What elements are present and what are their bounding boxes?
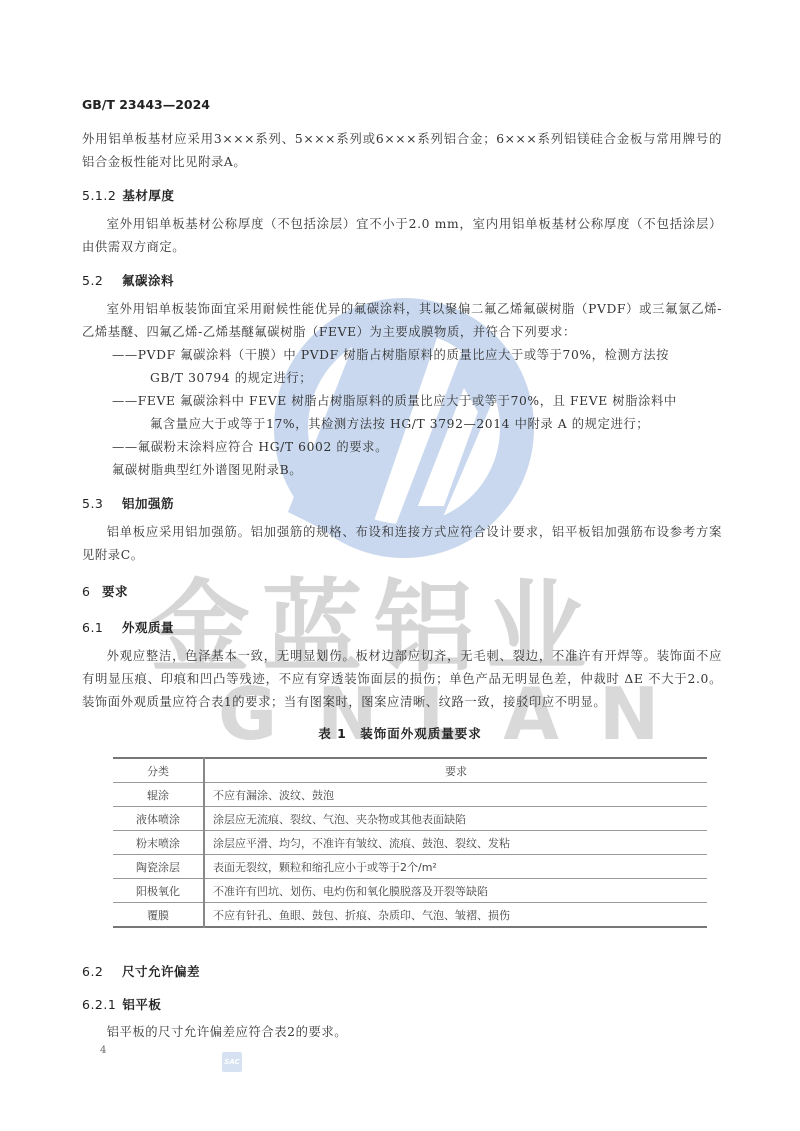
cell-requirement: 不应有漏涂、波纹、鼓泡 xyxy=(204,783,707,807)
section-5-1-2-paragraph: 室外用铝单板基材公称厚度（不包括涂层）宜不小于2.0 mm，室内用铝单板基材公称… xyxy=(82,213,722,259)
standard-code-header: GB/T 23443—2024 xyxy=(82,97,210,112)
cell-category: 粉末喷涂 xyxy=(113,831,204,855)
section-title: 基材厚度 xyxy=(122,188,174,203)
section-title: 铝加强筋 xyxy=(122,496,174,511)
section-6-1-paragraph: 外观应整洁，色泽基本一致，无明显划伤。板材边部应切齐，无毛刺、裂边，不准许有开焊… xyxy=(82,645,722,714)
cell-category: 辊涂 xyxy=(113,783,204,807)
section-title: 铝平板 xyxy=(122,997,161,1012)
section-5-2-note: 氟碳树脂典型红外谱图见附录B。 xyxy=(112,459,712,482)
column-header-category: 分类 xyxy=(113,758,204,783)
document-page: 金蓝铝业 GNLAN GB/T 23443—2024 外用铝单板基材应采用3××… xyxy=(0,0,800,1131)
table-row: 粉末喷涂 涂层应平滑、均匀，不准许有皱纹、流痕、鼓泡、裂纹、发粘 xyxy=(113,831,707,855)
item-line1: ——FEVE 氟碳涂料中 FEVE 树脂占树脂原料的质量比应大于或等于70%，且… xyxy=(112,394,677,408)
section-heading-5-3: 5.3铝加强筋 xyxy=(82,494,174,512)
section-number: 5.2 xyxy=(82,273,116,288)
table-header-row: 分类 要求 xyxy=(113,758,707,783)
table-row: 辊涂 不应有漏涂、波纹、鼓泡 xyxy=(113,783,707,807)
cell-requirement: 不准许有凹坑、划伤、电灼伤和氧化膜脱落及开裂等缺陷 xyxy=(204,879,707,903)
table-row: 液体喷涂 涂层应无流痕、裂纹、气泡、夹杂物或其他表面缺陷 xyxy=(113,807,707,831)
cell-requirement: 涂层应平滑、均匀，不准许有皱纹、流痕、鼓泡、裂纹、发粘 xyxy=(204,831,707,855)
item-line2: GB/T 30794 的规定进行； xyxy=(112,367,722,390)
requirement-item-pvdf: ——PVDF 氟碳涂料（干膜）中 PVDF 树脂占树脂原料的质量比应大于或等于7… xyxy=(112,344,722,390)
cell-category: 液体喷涂 xyxy=(113,807,204,831)
section-5-2-paragraph: 室外用铝单板装饰面宜采用耐候性能优异的氟碳涂料，其以聚偏二氟乙烯氟碳树脂（PVD… xyxy=(82,298,722,344)
section-number: 6.2.1 xyxy=(82,997,116,1012)
cell-category: 陶瓷涂层 xyxy=(113,855,204,879)
section-number: 6.1 xyxy=(82,620,116,635)
table-row: 阳极氧化 不准许有凹坑、划伤、电灼伤和氧化膜脱落及开裂等缺陷 xyxy=(113,879,707,903)
cell-category: 覆膜 xyxy=(113,903,204,928)
requirement-item-feve: ——FEVE 氟碳涂料中 FEVE 树脂占树脂原料的质量比应大于或等于70%，且… xyxy=(112,390,722,436)
section-heading-6-2: 6.2尺寸允许偏差 xyxy=(82,962,200,980)
section-heading-6-2-1: 6.2.1铝平板 xyxy=(82,995,161,1013)
cell-requirement: 不应有针孔、鱼眼、鼓包、折痕、杂质印、气泡、皱褶、损伤 xyxy=(204,903,707,928)
item-line2: 氟含量应大于或等于17%，其检测方法按 HG/T 3792—2014 中附录 A… xyxy=(112,413,722,436)
section-title: 尺寸允许偏差 xyxy=(122,964,200,979)
table-row: 覆膜 不应有针孔、鱼眼、鼓包、折痕、杂质印、气泡、皱褶、损伤 xyxy=(113,903,707,928)
section-6-2-1-paragraph: 铝平板的尺寸允许偏差应符合表2的要求。 xyxy=(82,1021,722,1044)
table-1-title: 表 1 装饰面外观质量要求 xyxy=(0,724,800,742)
appearance-quality-table: 分类 要求 辊涂 不应有漏涂、波纹、鼓泡 液体喷涂 涂层应无流痕、裂纹、气泡、夹… xyxy=(113,757,707,928)
cell-requirement: 涂层应无流痕、裂纹、气泡、夹杂物或其他表面缺陷 xyxy=(204,807,707,831)
item-line1: ——PVDF 氟碳涂料（干膜）中 PVDF 树脂占树脂原料的质量比应大于或等于7… xyxy=(112,348,669,362)
table-row: 陶瓷涂层 表面无裂纹，颗粒和缩孔应小于或等于2个/m² xyxy=(113,855,707,879)
item-line1: ——氟碳粉末涂料应符合 HG/T 6002 的要求。 xyxy=(112,440,388,454)
section-number: 5.3 xyxy=(82,496,116,511)
intro-paragraph: 外用铝单板基材应采用3×××系列、5×××系列或6×××系列铝合金；6×××系列… xyxy=(82,128,722,174)
section-title: 外观质量 xyxy=(122,620,174,635)
section-number: 5.1.2 xyxy=(82,188,116,203)
section-number: 6 xyxy=(82,584,96,599)
section-title: 氟碳涂料 xyxy=(122,273,174,288)
requirement-item-powder: ——氟碳粉末涂料应符合 HG/T 6002 的要求。 xyxy=(112,436,722,459)
section-heading-5-1-2: 5.1.2基材厚度 xyxy=(82,186,174,204)
column-header-requirement: 要求 xyxy=(204,758,707,783)
sac-logo-icon: SAC xyxy=(222,1052,242,1072)
section-number: 6.2 xyxy=(82,964,116,979)
cell-category: 阳极氧化 xyxy=(113,879,204,903)
section-heading-6-1: 6.1外观质量 xyxy=(82,618,174,636)
page-number: 4 xyxy=(100,1045,106,1056)
section-5-3-paragraph: 铝单板应采用铝加强筋。铝加强筋的规格、布设和连接方式应符合设计要求，铝平板铝加强… xyxy=(82,521,722,567)
section-title: 要求 xyxy=(102,584,128,599)
section-heading-5-2: 5.2氟碳涂料 xyxy=(82,271,174,289)
section-heading-6: 6要求 xyxy=(82,582,128,600)
cell-requirement: 表面无裂纹，颗粒和缩孔应小于或等于2个/m² xyxy=(204,855,707,879)
